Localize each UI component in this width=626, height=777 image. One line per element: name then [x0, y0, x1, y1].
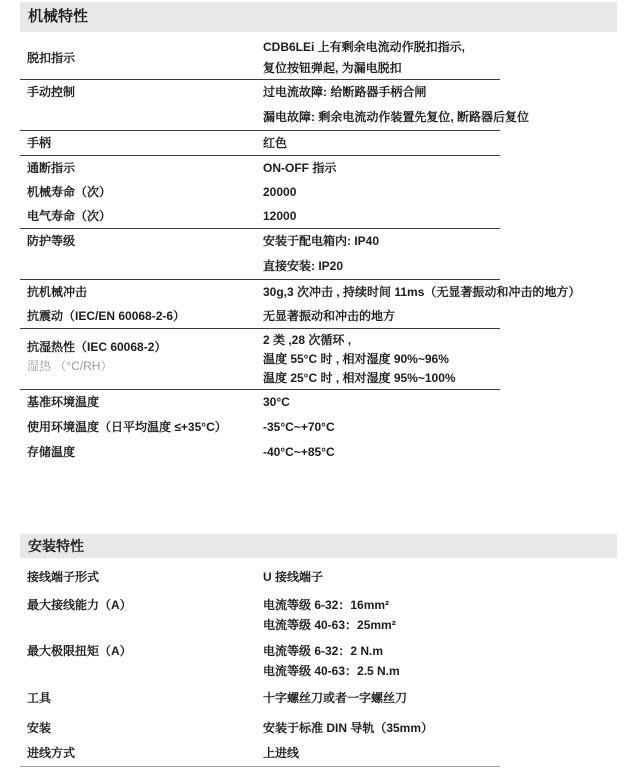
spec-label: 进线方式 — [27, 741, 263, 766]
spec-label: 存储温度 — [27, 440, 263, 465]
section-header-mechanical: 机械特性 — [20, 2, 617, 32]
spec-value: CDB6LEi 上有剩余电流动作脱扣指示, — [263, 37, 465, 58]
spec-row: 机械寿命（次） 20000 — [27, 180, 500, 204]
spec-label: 脱扣指示 — [27, 48, 263, 69]
spec-row: 手柄 红色 — [27, 131, 500, 155]
spec-label: 基准环境温度 — [27, 390, 263, 415]
spec-group: 防护等级 安装于配电箱内: IP40 直接安装: IP20 — [20, 229, 500, 280]
spec-group: 安装 安装于标准 DIN 导轨（35mm） — [20, 716, 500, 741]
spec-group: 接线端子形式 U 接线端子 — [20, 565, 500, 589]
spec-row: 抗湿热性（IEC 60068-2） 湿热 （°C/RH） 2 类 ,28 次循环… — [27, 331, 500, 388]
spec-value: 温度 55°C 时 , 相对湿度 90%~96% — [263, 350, 456, 369]
spec-row: 进线方式 上进线 — [27, 741, 500, 766]
spec-row: 接线端子形式 U 接线端子 — [27, 565, 500, 589]
spec-value: 30°C — [263, 390, 290, 415]
spec-group: 抗湿热性（IEC 60068-2） 湿热 （°C/RH） 2 类 ,28 次循环… — [20, 329, 500, 390]
spec-label: 抗震动（IEC/EN 60068-2-6） — [27, 304, 263, 328]
spec-group: 最大极限扭矩（A） 电流等级 6-32：2 N.m 电流等级 40-63：2.5… — [20, 641, 500, 681]
section-header-installation: 安装特性 — [20, 534, 617, 558]
spec-row: 安装 安装于标准 DIN 导轨（35mm） — [27, 716, 500, 741]
spec-value: 无显著振动和冲击的地方 — [263, 304, 395, 328]
spec-value: 温度 25°C 时 , 相对湿度 95%~100% — [263, 369, 456, 388]
spec-value: 十字螺丝刀或者一字螺丝刀 — [263, 686, 407, 711]
spec-label: 抗湿热性（IEC 60068-2） — [27, 338, 263, 357]
spec-value: 直接安装: IP20 — [263, 254, 379, 279]
spec-label: 抗机械冲击 — [27, 280, 263, 304]
spec-row: 工具 十字螺丝刀或者一字螺丝刀 — [27, 686, 500, 711]
spec-value: 安装于标准 DIN 导轨（35mm） — [263, 716, 433, 741]
spec-row: 存储温度 -40°C~+85°C — [27, 440, 500, 465]
spec-label: 接线端子形式 — [27, 565, 263, 589]
spec-value: 上进线 — [263, 741, 299, 766]
spec-row: 最大接线能力（A） 电流等级 6-32：16mm² 电流等级 40-63：25m… — [27, 595, 500, 635]
spec-value: 电流等级 40-63：2.5 N.m — [263, 661, 400, 681]
spec-value: 20000 — [263, 180, 296, 204]
spec-row: 防护等级 安装于配电箱内: IP40 直接安装: IP20 — [27, 229, 500, 279]
spec-label: 防护等级 — [27, 229, 263, 254]
spec-row: 手动控制 过电流故障: 给断路器手柄合闸 漏电故障: 剩余电流动作装置先复位, … — [27, 80, 500, 130]
spec-label: 工具 — [27, 686, 263, 711]
spec-group: 工具 十字螺丝刀或者一字螺丝刀 — [20, 686, 500, 711]
spec-label: 最大接线能力（A） — [27, 595, 263, 615]
spec-row: 抗震动（IEC/EN 60068-2-6） 无显著振动和冲击的地方 — [27, 304, 500, 328]
spec-value: ON-OFF 指示 — [263, 156, 336, 180]
spec-sublabel: 湿热 （°C/RH） — [27, 357, 263, 376]
spec-group: 通断指示 ON-OFF 指示 机械寿命（次） 20000 电气寿命（次） 120… — [20, 156, 500, 229]
spec-group: 脱扣指示 CDB6LEi 上有剩余电流动作脱扣指示, 复位按钮弹起, 为漏电脱扣 — [20, 32, 500, 80]
page-content: 机械特性 脱扣指示 CDB6LEi 上有剩余电流动作脱扣指示, 复位按钮弹起, … — [20, 2, 626, 767]
spec-value: 漏电故障: 剩余电流动作装置先复位, 断路器后复位 — [263, 105, 529, 130]
spec-row: 基准环境温度 30°C — [27, 390, 500, 415]
spec-label: 通断指示 — [27, 156, 263, 180]
spec-group: 基准环境温度 30°C 使用环境温度（日平均温度 ≤+35°C） -35°C~+… — [20, 390, 500, 465]
spec-value: 电流等级 6-32：2 N.m — [263, 641, 400, 661]
spec-value: -40°C~+85°C — [263, 440, 335, 465]
spec-value: 红色 — [263, 131, 287, 155]
spec-group: 最大接线能力（A） 电流等级 6-32：16mm² 电流等级 40-63：25m… — [20, 595, 500, 635]
spec-label: 电气寿命（次） — [27, 204, 263, 228]
spec-label: 手柄 — [27, 131, 263, 155]
spec-group: 手柄 红色 — [20, 131, 500, 156]
spec-value: 30g,3 次冲击 , 持续时间 11ms（无显著振动和冲击的地方） — [263, 280, 580, 304]
spec-row: 使用环境温度（日平均温度 ≤+35°C） -35°C~+70°C — [27, 415, 500, 440]
spec-value: 电流等级 40-63：25mm² — [263, 615, 396, 635]
spec-value: 复位按钮弹起, 为漏电脱扣 — [263, 58, 465, 79]
spec-row: 电气寿命（次） 12000 — [27, 204, 500, 228]
spec-label: 机械寿命（次） — [27, 180, 263, 204]
spec-group: 进线方式 上进线 — [20, 741, 500, 766]
spec-label: 安装 — [27, 716, 263, 741]
spec-group: 手动控制 过电流故障: 给断路器手柄合闸 漏电故障: 剩余电流动作装置先复位, … — [20, 80, 500, 131]
spec-value: 12000 — [263, 204, 296, 228]
spec-label: 使用环境温度（日平均温度 ≤+35°C） — [27, 415, 263, 440]
datasheet-page: 机械特性 脱扣指示 CDB6LEi 上有剩余电流动作脱扣指示, 复位按钮弹起, … — [0, 0, 626, 777]
spec-label: 最大极限扭矩（A） — [27, 641, 263, 661]
spec-row: 最大极限扭矩（A） 电流等级 6-32：2 N.m 电流等级 40-63：2.5… — [27, 641, 500, 681]
spec-value: 电流等级 6-32：16mm² — [263, 595, 396, 615]
spec-value: -35°C~+70°C — [263, 415, 335, 440]
spec-label: 手动控制 — [27, 80, 263, 105]
spec-value: 2 类 ,28 次循环 , — [263, 331, 456, 350]
spec-row: 抗机械冲击 30g,3 次冲击 , 持续时间 11ms（无显著振动和冲击的地方） — [27, 280, 500, 304]
spec-row: 通断指示 ON-OFF 指示 — [27, 156, 500, 180]
spec-group: 抗机械冲击 30g,3 次冲击 , 持续时间 11ms（无显著振动和冲击的地方）… — [20, 280, 500, 329]
bottom-rule — [20, 766, 500, 767]
spec-value: U 接线端子 — [263, 565, 323, 589]
spec-label-block: 抗湿热性（IEC 60068-2） 湿热 （°C/RH） — [27, 331, 263, 376]
spec-value: 过电流故障: 给断路器手柄合闸 — [263, 80, 529, 105]
spec-value: 安装于配电箱内: IP40 — [263, 229, 379, 254]
spec-row: 脱扣指示 CDB6LEi 上有剩余电流动作脱扣指示, 复位按钮弹起, 为漏电脱扣 — [27, 37, 500, 79]
